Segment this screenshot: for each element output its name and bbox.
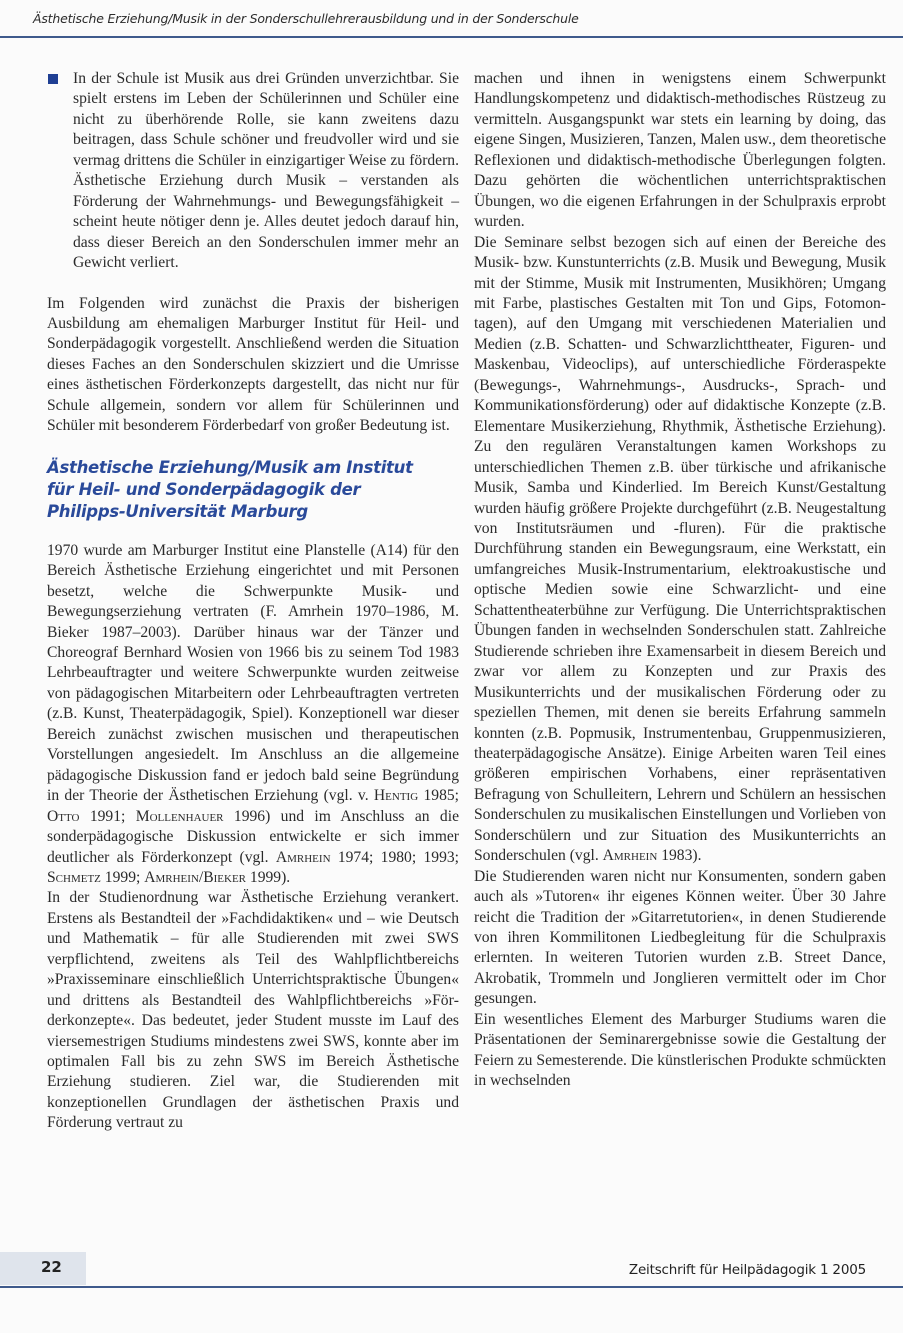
spacer bbox=[47, 274, 459, 294]
right-column: machen und ihnen in wenigstens einem Sch… bbox=[474, 69, 886, 1092]
text-run: 1983). bbox=[657, 847, 701, 864]
paragraph-praesentationen: Ein wesentliches Element des Marburger S… bbox=[474, 1010, 886, 1092]
spacer bbox=[47, 437, 459, 457]
text-run: 1999). bbox=[246, 869, 290, 886]
text-run: 1985; bbox=[418, 787, 459, 804]
paragraph-tutoren: Die Studierenden waren nicht nur Konsume… bbox=[474, 867, 886, 1010]
section-heading-line-1: Ästhetische Erziehung/Musik am Institut bbox=[47, 458, 413, 477]
text-run: 1991; bbox=[79, 808, 135, 825]
paragraph-continuation: machen und ihnen in wenigstens einem Sch… bbox=[474, 69, 886, 233]
journal-footer: Zeitschrift für Heilpädagogik 1 2005 bbox=[629, 1262, 866, 1278]
intro-paragraph: Im Folgenden wird zunächst die Praxis de… bbox=[47, 294, 459, 437]
text-run: 1970 wurde am Marburger Institut eine Pl… bbox=[47, 542, 459, 804]
text-run: Die Seminare selbst bezogen sich auf ein… bbox=[474, 234, 886, 865]
citation-hentig: Hen­tig bbox=[374, 787, 418, 804]
text-run: 1999; bbox=[101, 869, 144, 886]
page-number: 22 bbox=[41, 1258, 62, 1276]
citation-amrhein: Amrhein bbox=[276, 849, 331, 866]
bullet-paragraph: In der Schule ist Musik aus drei Gründen… bbox=[47, 69, 459, 274]
citation-schmetz: Schmetz bbox=[47, 869, 101, 886]
paragraph-studienordnung: In der Studienordnung war Ästhetische Er… bbox=[47, 888, 459, 1133]
citation-mollenhauer: Mollenhauer bbox=[136, 808, 224, 825]
square-bullet-icon bbox=[48, 74, 58, 84]
section-heading: Ästhetische Erziehung/Musik am Institut … bbox=[47, 457, 459, 523]
left-column: In der Schule ist Musik aus drei Gründen… bbox=[47, 69, 459, 1134]
section-heading-line-2: für Heil- und Sonderpädagogik der bbox=[47, 480, 360, 499]
footer-rule bbox=[0, 1286, 903, 1288]
citation-amrhein: Amrhein bbox=[603, 847, 658, 864]
bullet-paragraph-text: In der Schule ist Musik aus drei Gründen… bbox=[73, 69, 459, 274]
paragraph-1970: 1970 wurde am Marburger Institut eine Pl… bbox=[47, 541, 459, 889]
citation-amrhein-bieker: Amrhein/Bieker bbox=[144, 869, 246, 886]
citation-otto: Otto bbox=[47, 808, 79, 825]
running-header-title: Ästhetische Erziehung/Musik in der Sonde… bbox=[33, 11, 579, 26]
text-run: 1974; 1980; 1993; bbox=[331, 849, 459, 866]
header-rule bbox=[0, 36, 903, 38]
paragraph-seminare: Die Seminare selbst bezogen sich auf ein… bbox=[474, 233, 886, 867]
section-heading-line-3: Philipps-Universität Marburg bbox=[47, 502, 308, 521]
